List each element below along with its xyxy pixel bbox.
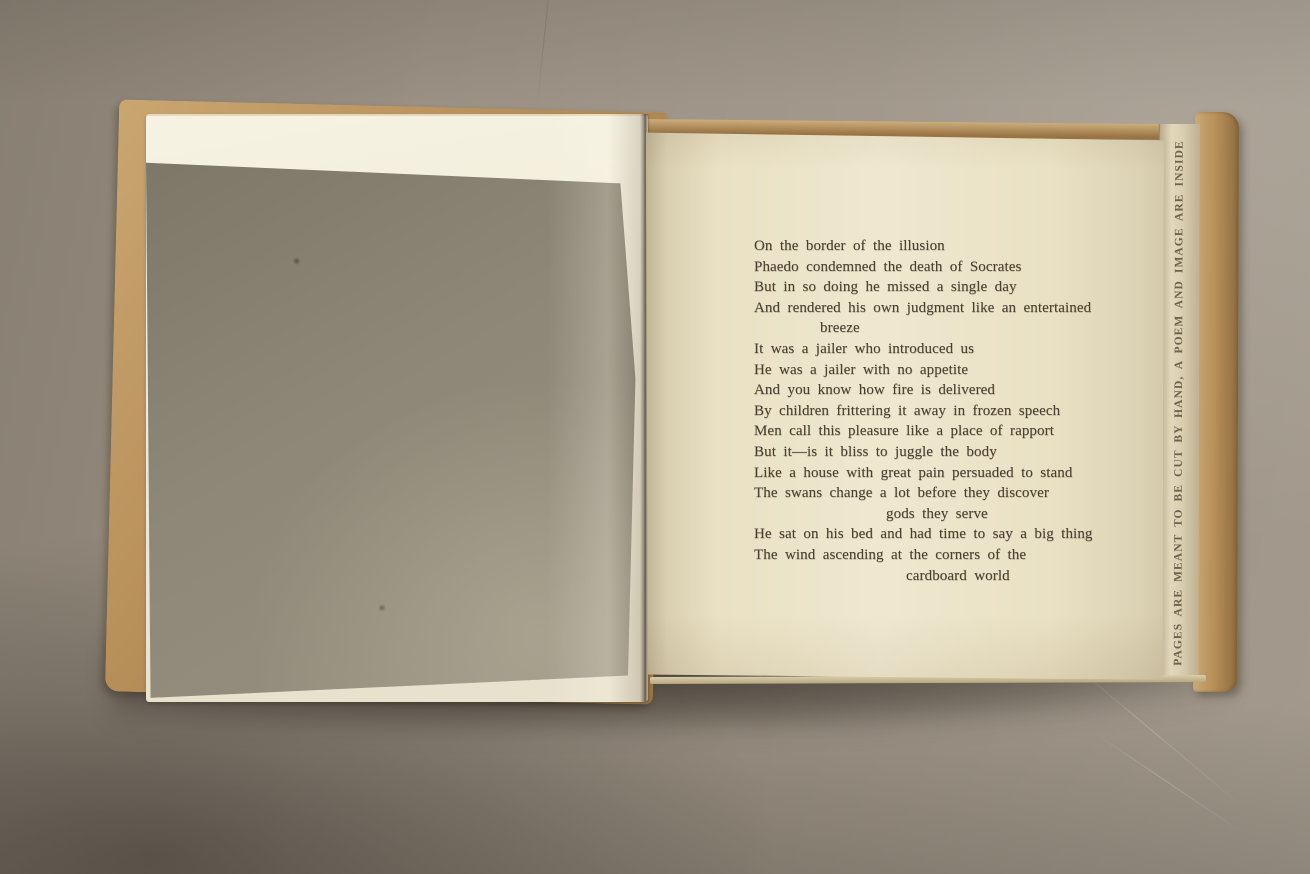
left-page [146, 114, 648, 702]
poem-line: And rendered his own judgment like an en… [754, 298, 1150, 319]
poem-line: He was a jailer with no appetite [754, 360, 1150, 381]
poem-line: Like a house with great pain persuaded t… [754, 463, 1150, 484]
poem-line: The wind ascending at the corners of the [754, 545, 1150, 566]
photo: PAGES ARE MEANT TO BE CUT BY HAND, A POE… [0, 0, 1310, 874]
poem-line: gods they serve [754, 504, 1150, 525]
poem-line: But in so doing he missed a single day [754, 277, 1150, 298]
poem-line: The swans change a lot before they disco… [754, 483, 1150, 504]
cover-right-edge [1193, 112, 1239, 692]
fore-edge-text: PAGES ARE MEANT TO BE CUT BY HAND, A POE… [1172, 125, 1185, 681]
poem-line: Men call this pleasure like a place of r… [754, 421, 1150, 442]
poem: On the border of the illusionPhaedo cond… [754, 236, 1150, 586]
poem-line: By children frittering it away in frozen… [754, 401, 1150, 422]
left-page-gutter-shade [146, 114, 648, 702]
table-scratch [537, 0, 554, 105]
poem-line: And you know how fire is delivered [754, 380, 1150, 401]
poem-line: On the border of the illusion [754, 236, 1150, 257]
right-page: On the border of the illusionPhaedo cond… [646, 126, 1164, 680]
poem-line: But it—is it bliss to juggle the body [754, 442, 1150, 463]
poem-line: breeze [754, 318, 1150, 339]
poem-line: Phaedo condemned the death of Socrates [754, 257, 1150, 278]
poem-line: He sat on his bed and had time to say a … [754, 524, 1150, 545]
poem-line: cardboard world [754, 566, 1150, 587]
poem-line: It was a jailer who introduced us [754, 339, 1150, 360]
table-scratch [1086, 727, 1244, 834]
